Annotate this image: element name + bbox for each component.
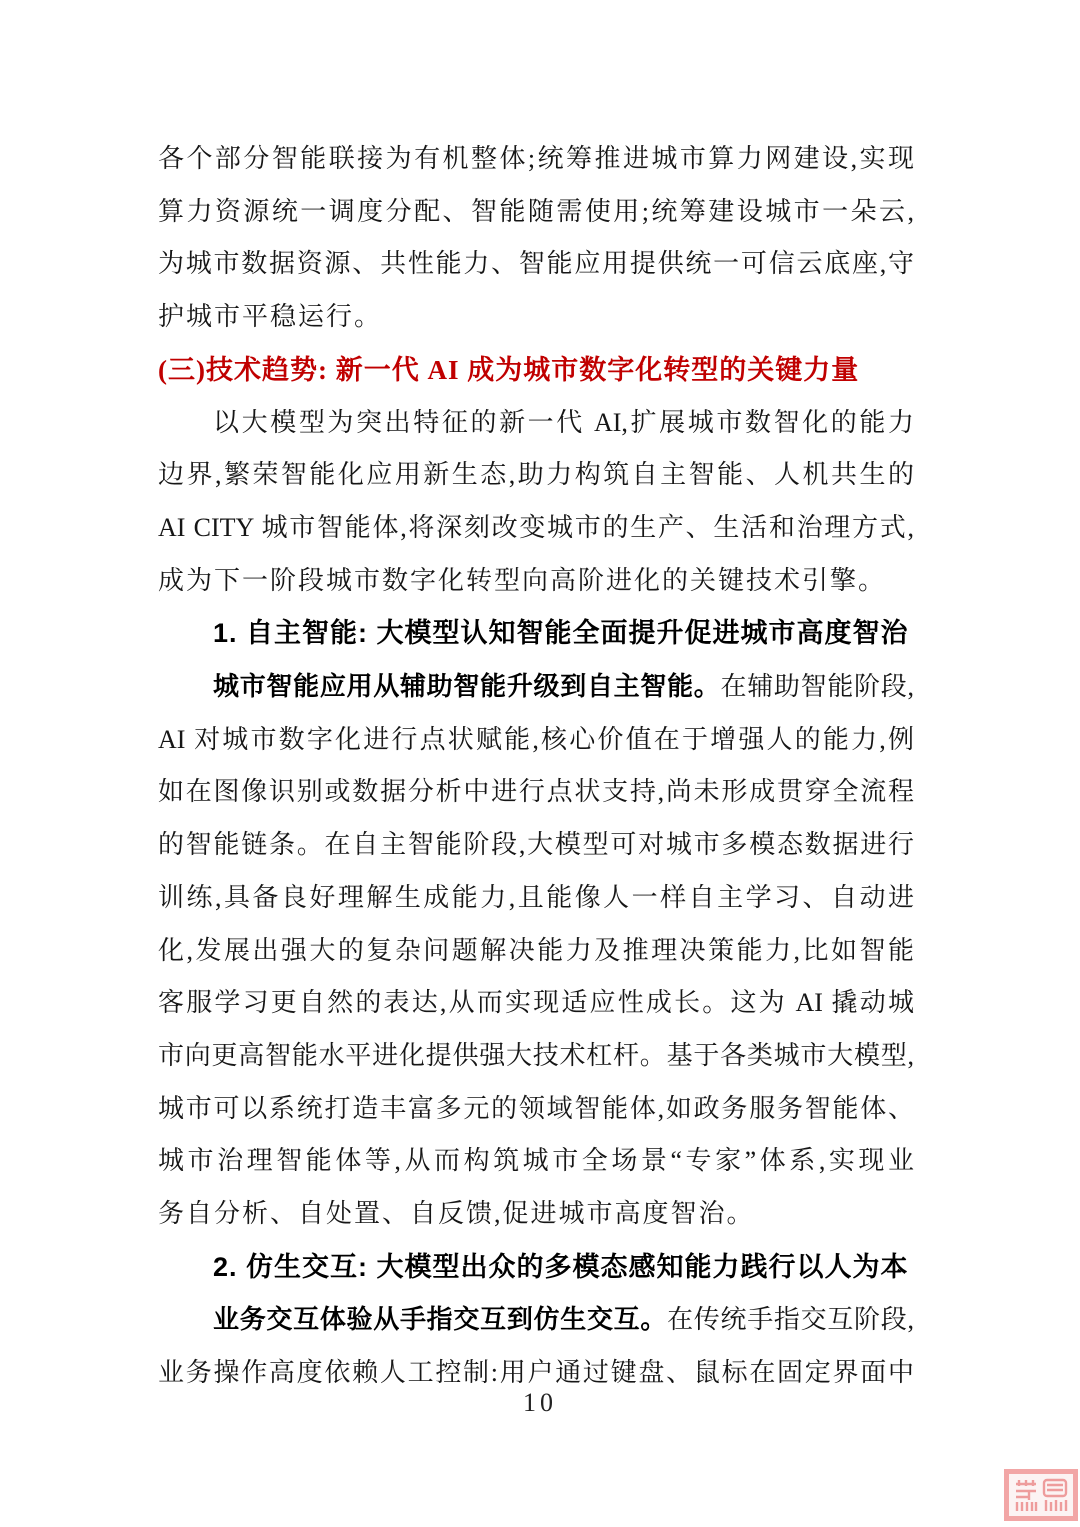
text-line: AI CITY 城市智能体,将深刻改变城市的生产、生活和治理方式,: [158, 502, 914, 555]
text-line: 的智能链条。在自主智能阶段,大模型可对城市多模态数据进行: [158, 819, 914, 872]
page-number: 10: [0, 1388, 1080, 1418]
watermark-seal: [1004, 1469, 1078, 1521]
document-page: 各个部分智能联接为有机整体;统筹推进城市算力网建设,实现 算力资源统一调度分配、…: [0, 0, 1080, 1527]
bold-lead-text: 业务交互体验从手指交互到仿生交互。: [213, 1304, 667, 1334]
text-line: 务自分析、自处置、自反馈,促进城市高度智治。: [158, 1188, 914, 1241]
text-line: 市向更高智能水平进化提供强大技术杠杆。基于各类城市大模型,: [158, 1030, 914, 1083]
text-line: 训练,具备良好理解生成能力,且能像人一样自主学习、自动进: [158, 872, 914, 925]
text-line: 成为下一阶段城市数字化转型向高阶进化的关键技术引擎。: [158, 555, 914, 608]
text-line: 业务交互体验从手指交互到仿生交互。在传统手指交互阶段,: [158, 1293, 914, 1347]
text-line: 各个部分智能联接为有机整体;统筹推进城市算力网建设,实现: [158, 133, 914, 186]
text-line: 客服学习更自然的表达,从而实现适应性成长。这为 AI 撬动城: [158, 977, 914, 1030]
text-line: AI 对城市数字化进行点状赋能,核心价值在于增强人的能力,例: [158, 714, 914, 767]
text-line: 边界,繁荣智能化应用新生态,助力构筑自主智能、人机共生的: [158, 449, 914, 502]
subsection-heading-2: 2. 仿生交互: 大模型出众的多模态感知能力践行以人为本: [158, 1241, 914, 1294]
section-heading: (三)技术趋势: 新一代 AI 成为城市数字化转型的关键力量: [158, 344, 914, 397]
seal-glyphs-icon: [1013, 1478, 1069, 1512]
text-line: 如在图像识别或数据分析中进行点状支持,尚未形成贯穿全流程: [158, 766, 914, 819]
text-line: 以大模型为突出特征的新一代 AI,扩展城市数智化的能力: [158, 397, 914, 450]
text-line: 城市智能应用从辅助智能升级到自主智能。在辅助智能阶段,: [158, 660, 914, 714]
text-run: 在传统手指交互阶段,: [667, 1305, 914, 1334]
document-text-block: 各个部分智能联接为有机整体;统筹推进城市算力网建设,实现 算力资源统一调度分配、…: [158, 133, 914, 1400]
text-line: 化,发展出强大的复杂问题解决能力及推理决策能力,比如智能: [158, 925, 914, 978]
subsection-heading-1: 1. 自主智能: 大模型认知智能全面提升促进城市高度智治: [158, 607, 914, 660]
text-line: 城市治理智能体等,从而构筑城市全场景“专家”体系,实现业: [158, 1135, 914, 1188]
text-line: 算力资源统一调度分配、智能随需使用;统筹建设城市一朵云,: [158, 186, 914, 239]
text-line: 城市可以系统打造丰富多元的领域智能体,如政务服务智能体、: [158, 1083, 914, 1136]
text-line: 为城市数据资源、共性能力、智能应用提供统一可信云底座,守: [158, 238, 914, 291]
text-run: 在辅助智能阶段,: [721, 672, 914, 701]
bold-lead-text: 城市智能应用从辅助智能升级到自主智能。: [213, 671, 721, 701]
text-line: 护城市平稳运行。: [158, 291, 914, 344]
